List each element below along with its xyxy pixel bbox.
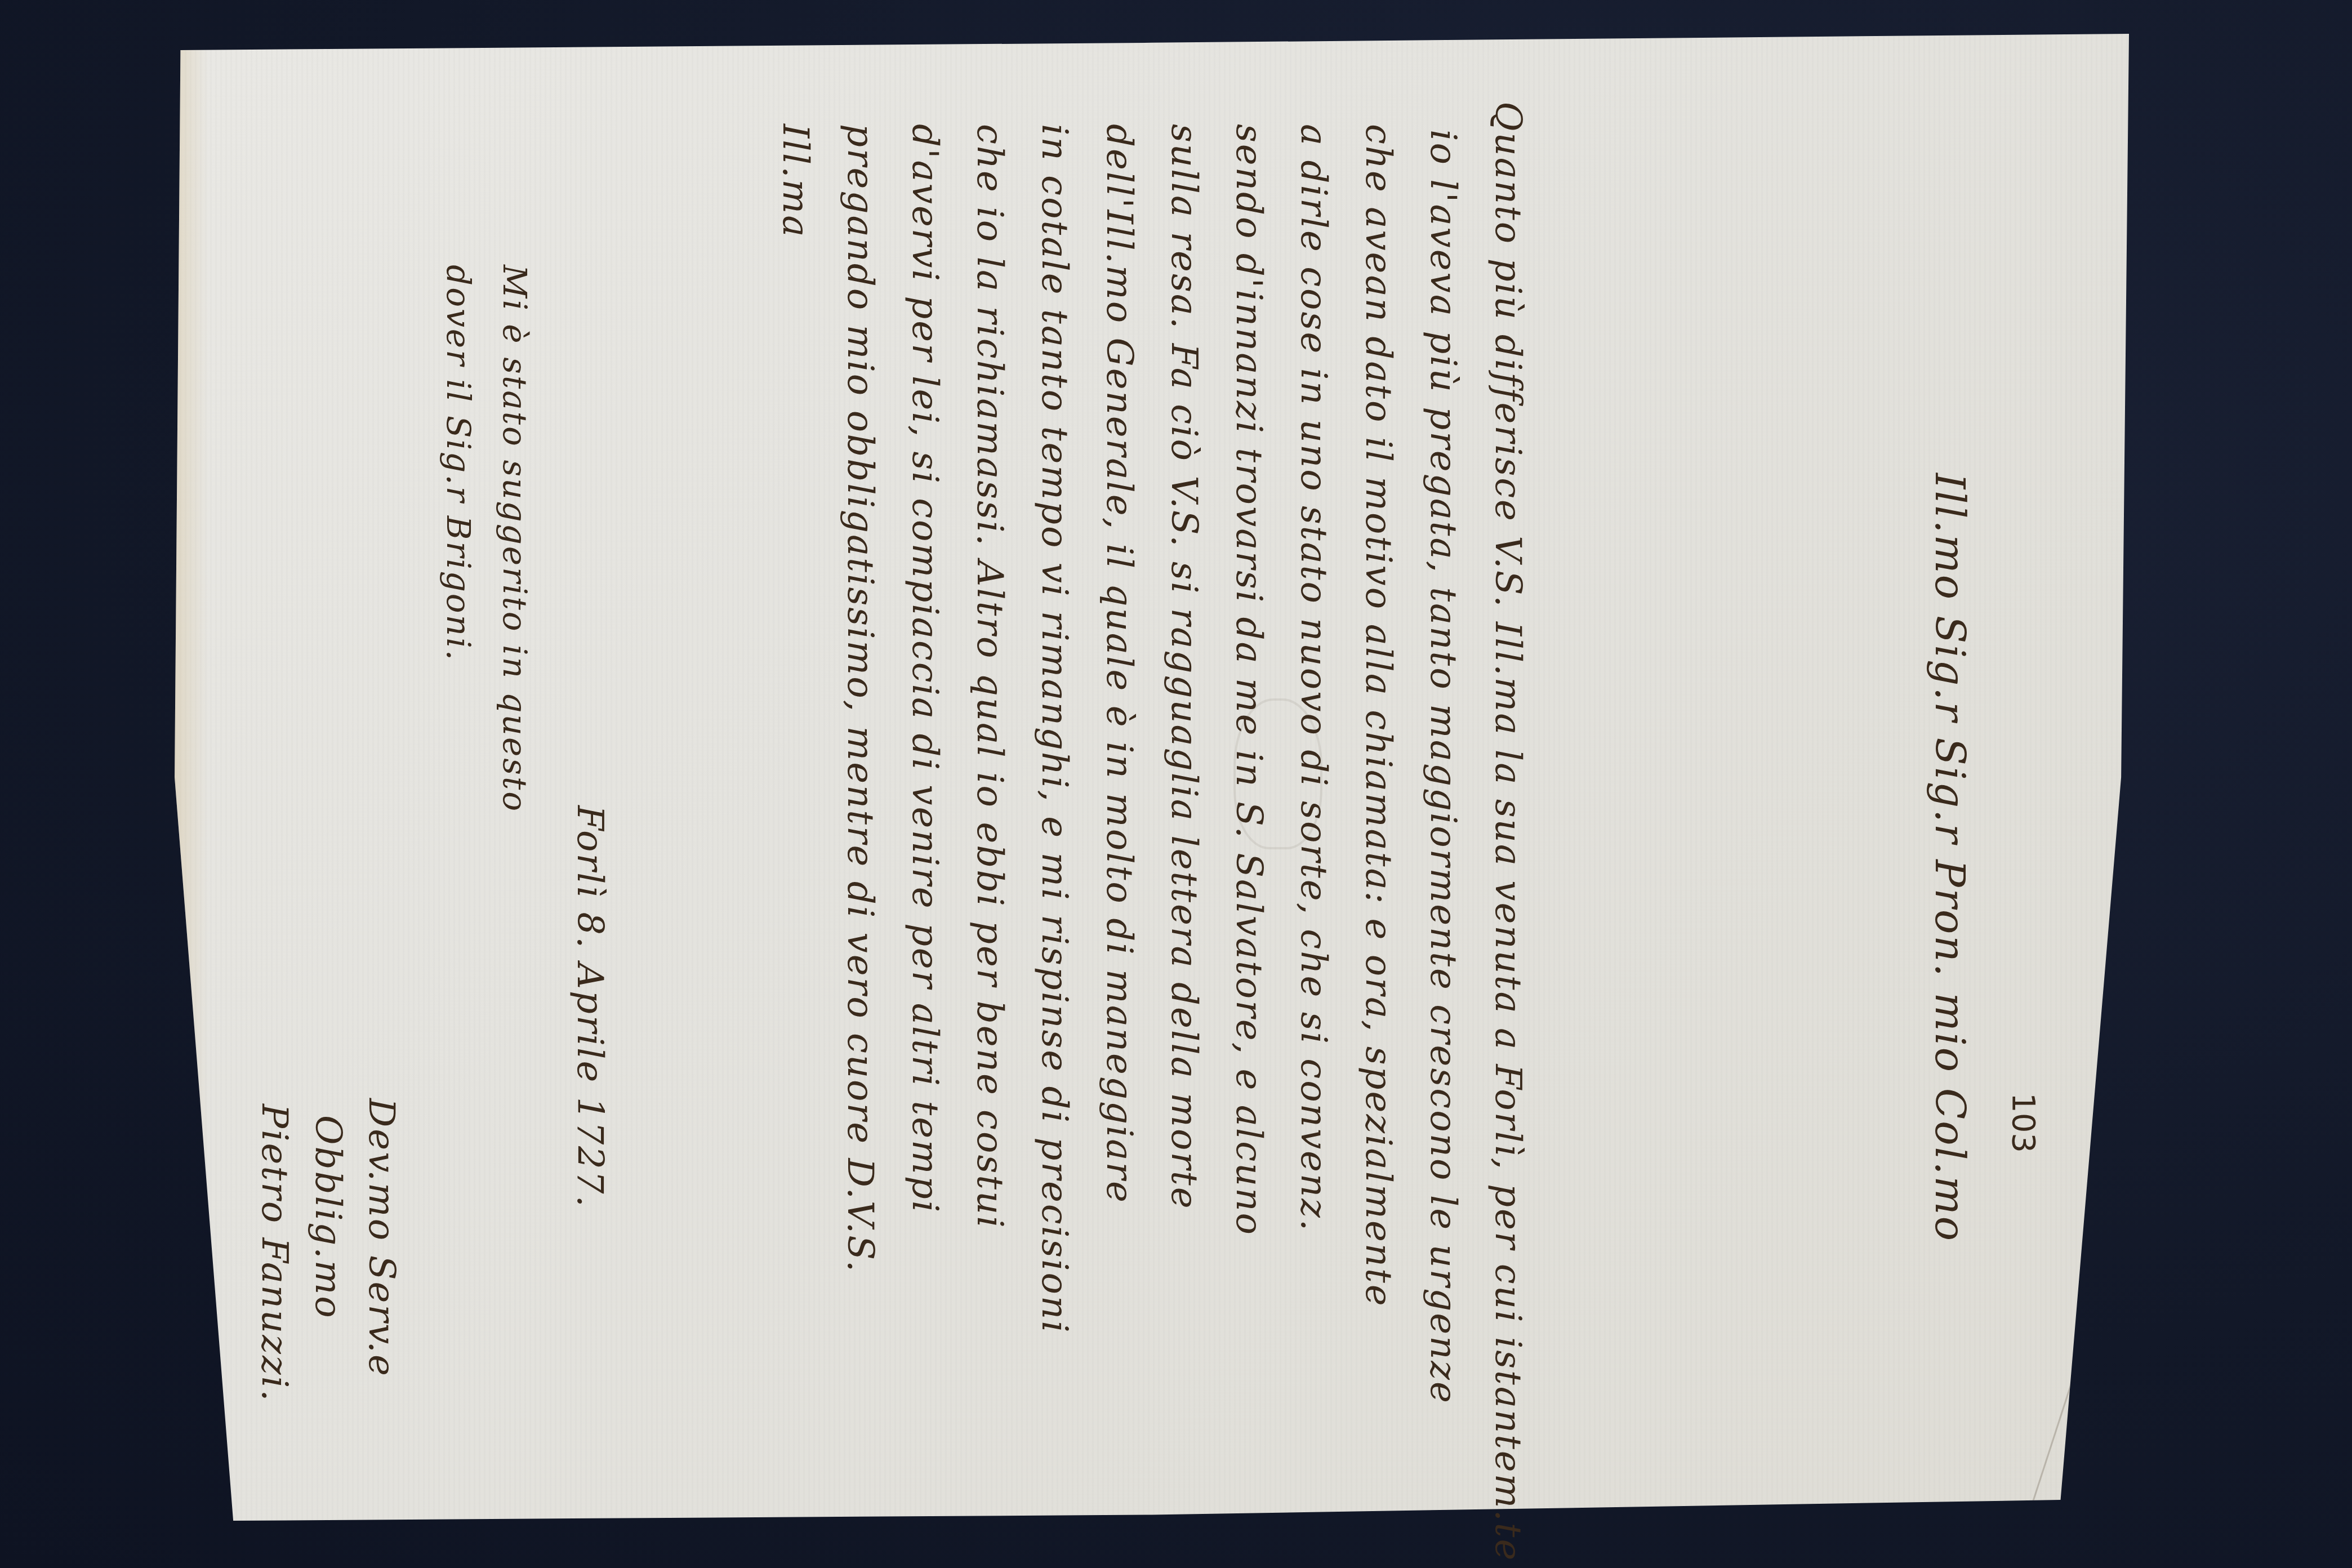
letter-sheet <box>175 34 2129 1521</box>
body-line-1: Quanto più differisce V.S. Ill.ma la sua… <box>1487 101 1529 1562</box>
body-line-9: che io la richiamassi. Altro qual io ebb… <box>969 124 1010 1230</box>
closing-line-2: Obblig.mo <box>307 1115 349 1320</box>
letter-heading: Ill.mo Sig.r Sig.r Pron. mio Col.mo <box>1926 473 1974 1242</box>
body-line-6: sulla resa. Fa ciò V.S. si ragguaglia le… <box>1163 124 1205 1210</box>
page-number: 103 <box>2005 1093 2042 1153</box>
body-line-3: che avean dato il motivo alla chiamata: … <box>1357 124 1399 1308</box>
date-line: Forlì 8. Aprile 1727. <box>569 805 611 1209</box>
closing-line-1: Dev.mo Serv.e <box>360 1098 402 1378</box>
body-line-8: in cotale tanto tempo vi rimanghi, e mi … <box>1034 124 1075 1334</box>
body-line-7: dell'Ill.mo Generale, il quale è in molt… <box>1098 124 1140 1204</box>
body-line-10: d'avervi per lei, si compiaccia di venir… <box>904 124 946 1214</box>
postscript-line-1: Mi è stato suggerito in questo <box>496 265 534 813</box>
body-line-11: pregando mio obbligatissimo, mentre di v… <box>839 124 881 1273</box>
body-line-2: io l'aveva più pregata, tanto maggiormen… <box>1422 130 1464 1405</box>
signature: Pietro Fanuzzi. <box>253 1104 295 1403</box>
body-line-4: a dirle cose in uno stato nuovo di sorte… <box>1293 124 1334 1232</box>
body-line-12: Ill.ma <box>774 124 816 238</box>
postscript-line-2: dover il Sig.r Brigoni. <box>439 265 478 662</box>
body-line-5: sendo d'innanzi trovarsi da me in S. Sal… <box>1228 124 1269 1236</box>
